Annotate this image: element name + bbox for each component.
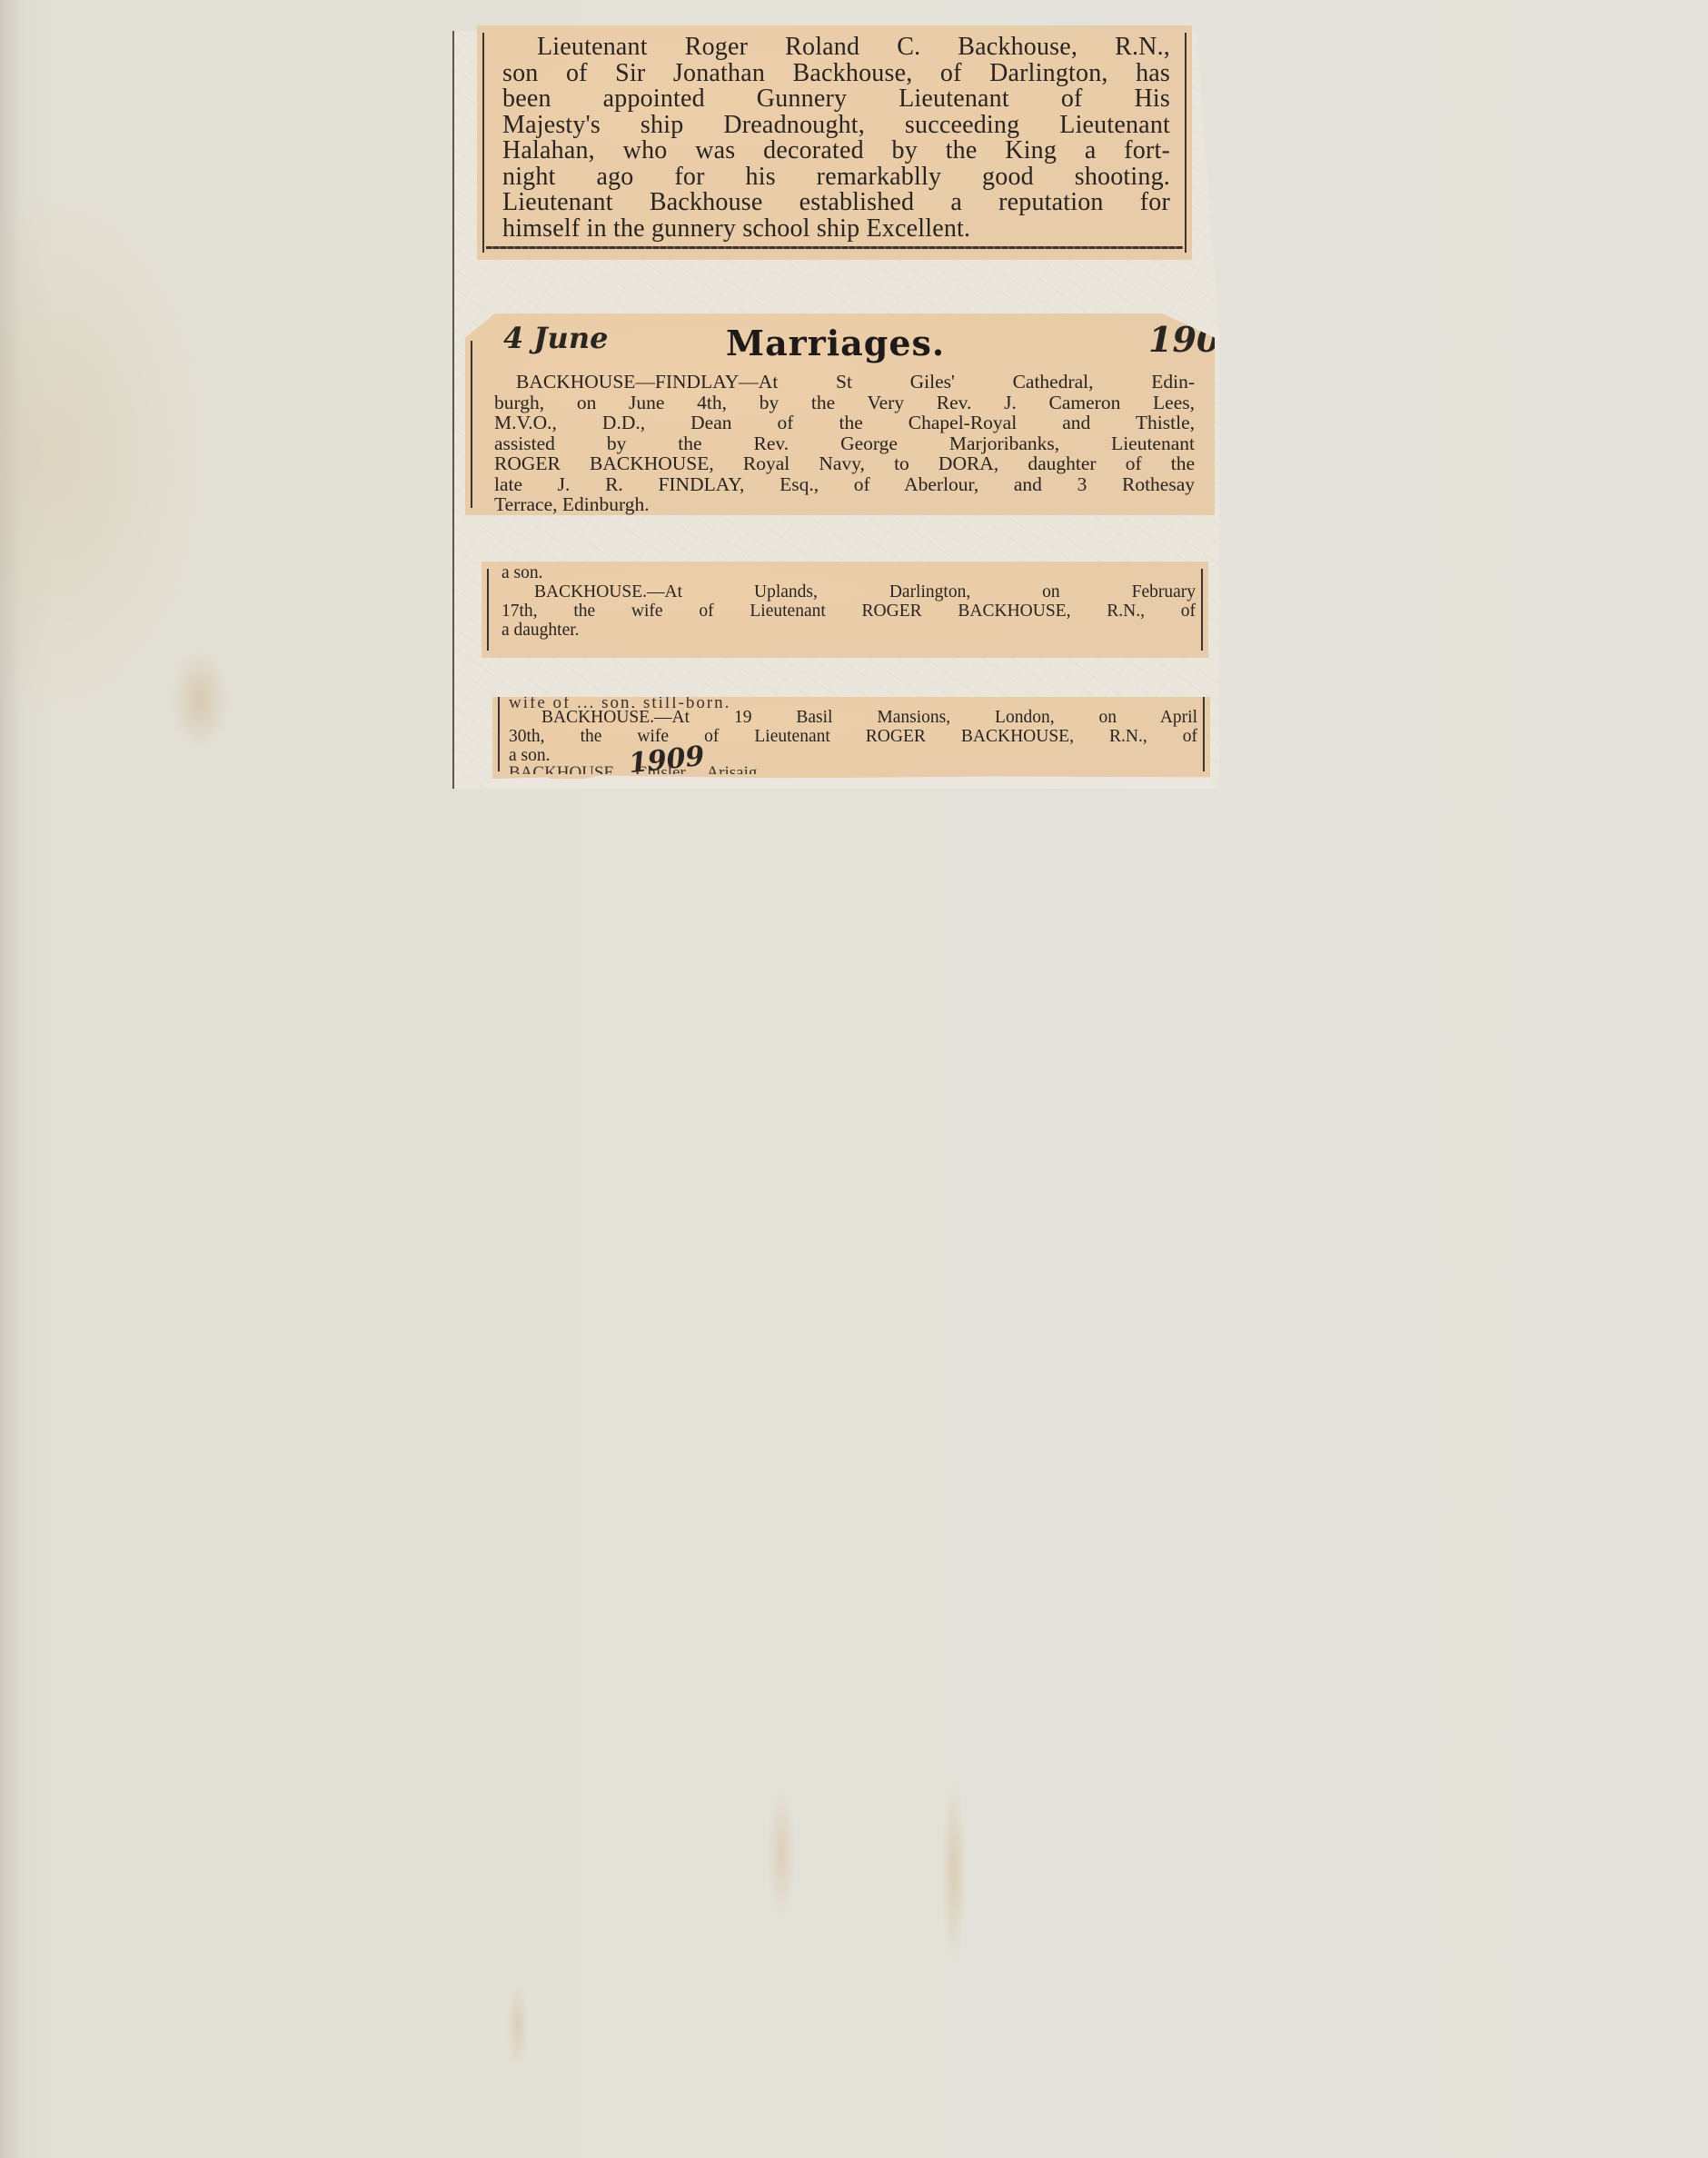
text-line: been appointed Gunnery Lieutenant of His [502, 86, 1170, 113]
text-line: Majesty's ship Dreadnought, succeeding L… [502, 113, 1170, 139]
cut-off-text: BACKHOUSE ... Chisler ... Arisaig ... [509, 765, 1197, 774]
text-line: BACKHOUSE.—At Uplands, Darlington, on Fe… [501, 582, 1196, 602]
text-line: a daughter. [501, 621, 1196, 640]
heading-row: 4 June Marriages. 1907. [494, 319, 1195, 372]
section-heading: Marriages. [726, 323, 945, 363]
text-line: assisted by the Rev. George Marjoribanks… [494, 433, 1195, 454]
text-line: Terrace, Edinburgh. [494, 494, 1195, 515]
text-line: BACKHOUSE.—At 19 Basil Mansions, London,… [509, 708, 1197, 727]
text-line: late J. R. FINDLAY, Esq., of Aberlour, a… [494, 474, 1195, 495]
column-rule-right [1203, 697, 1205, 771]
column-rule-left [482, 33, 484, 253]
clipping-appointment: Lieutenant Roger Roland C. Backhouse, R.… [477, 25, 1192, 260]
column-rule-right [1201, 569, 1203, 651]
text-line: ROGER BACKHOUSE, Royal Navy, to DORA, da… [494, 453, 1195, 474]
text-line: Lieutenant Backhouse established a reput… [502, 190, 1170, 216]
text-line: Lieutenant Roger Roland C. Backhouse, R.… [502, 35, 1170, 61]
column-rule-right [1185, 33, 1187, 253]
clipping-birth-son: wife of ... son, still-born. BACKHOUSE.—… [492, 697, 1210, 779]
text-line: 17th, the wife of Lieutenant ROGER BACKH… [501, 602, 1196, 621]
text-line: M.V.O., D.D., Dean of the Chapel-Royal a… [494, 413, 1195, 433]
clipping-marriage: 4 June Marriages. 1907. BACKHOUSE—FINDLA… [465, 313, 1215, 515]
text-line: BACKHOUSE—FINDLAY—At St Giles' Cathedral… [494, 372, 1195, 393]
text-line: a son. [501, 563, 1196, 582]
column-rule-left [487, 569, 489, 651]
text-line: son of Sir Jonathan Backhouse, of Darlin… [502, 61, 1170, 87]
handwritten-date: 4 June [503, 321, 608, 355]
column-rule-left [471, 341, 472, 508]
text-line: a son. [509, 746, 1197, 765]
text-line: night ago for his remarkablly good shoot… [502, 164, 1170, 191]
cut-off-text: wife of ... son, still-born. [509, 697, 1197, 708]
column-rule-left [498, 697, 500, 771]
text-line: 30th, the wife of Lieutenant ROGER BACKH… [509, 727, 1197, 746]
text-line: himself in the gunnery school ship Excel… [502, 216, 1170, 243]
column-rule-bottom [486, 246, 1183, 249]
handwritten-year: 1909 [627, 741, 706, 779]
clipping-birth-daughter: a son. BACKHOUSE.—At Uplands, Darlington… [482, 562, 1208, 658]
text-line: Halahan, who was decorated by the King a… [502, 138, 1170, 164]
text-line: burgh, on June 4th, by the Very Rev. J. … [494, 393, 1195, 413]
